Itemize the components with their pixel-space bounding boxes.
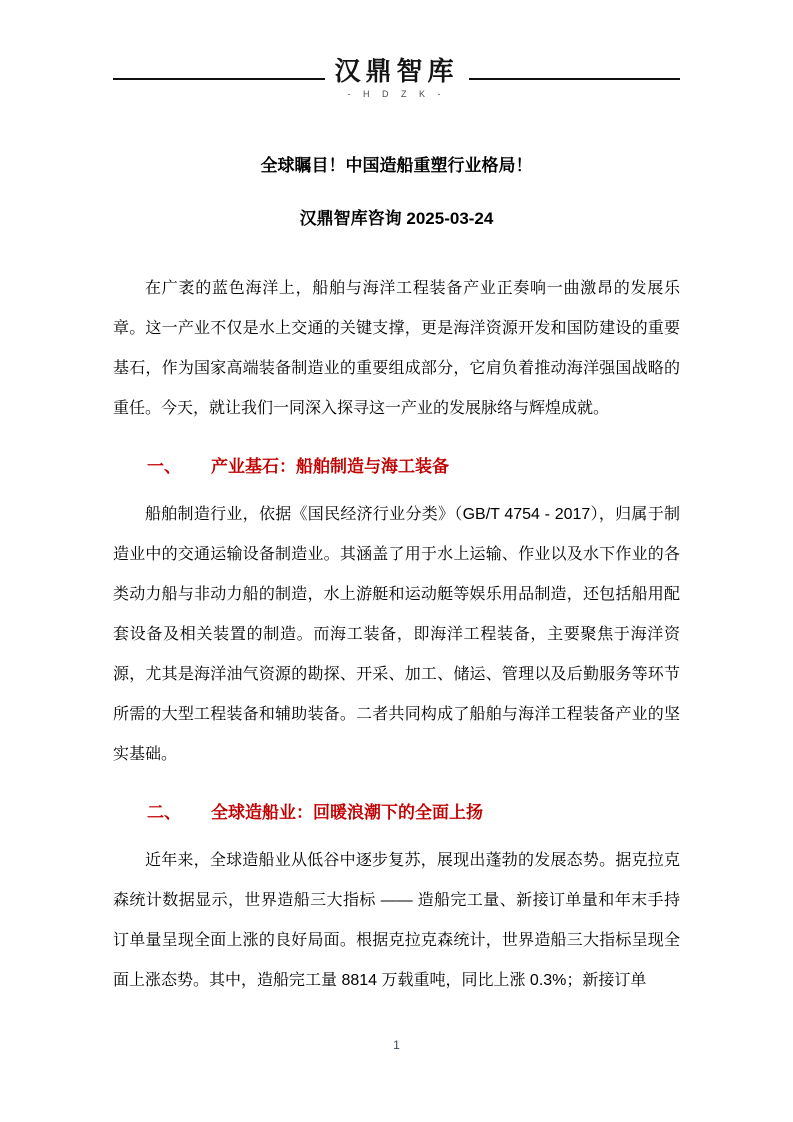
document-byline: 汉鼎智库咨询 2025-03-24 <box>113 204 680 229</box>
section-heading-1-number: 一、 <box>147 457 181 476</box>
section-heading-2-number: 二、 <box>147 803 181 822</box>
document-body: 在广袤的蓝色海洋上，船舶与海洋工程装备产业正奏响一曲激昂的发展乐章。这一产业不仅… <box>113 269 680 1001</box>
page-number: 1 <box>0 1038 793 1052</box>
header-rule-right <box>469 78 681 80</box>
brand-logo-subtext: - H D Z K - <box>335 90 459 99</box>
intro-paragraph: 在广袤的蓝色海洋上，船舶与海洋工程装备产业正奏响一曲激昂的发展乐章。这一产业不仅… <box>113 269 680 429</box>
section-heading-1-title: 产业基石：船舶制造与海工装备 <box>211 457 449 476</box>
brand-logo-text: 汉鼎智库 <box>335 58 459 84</box>
section-heading-2-title: 全球造船业：回暖浪潮下的全面上扬 <box>211 803 483 822</box>
section-heading-2: 二、全球造船业：回暖浪潮下的全面上扬 <box>113 793 680 833</box>
section-1-paragraph: 船舶制造行业，依据《国民经济行业分类》（GB/T 4754 - 2017），归属… <box>113 495 680 775</box>
brand-logo: 汉鼎智库 - H D Z K - <box>325 58 469 99</box>
document-title: 全球瞩目！中国造船重塑行业格局！ <box>113 151 680 176</box>
header-rule-left <box>113 78 325 80</box>
document-page: 汉鼎智库 - H D Z K - 全球瞩目！中国造船重塑行业格局！ 汉鼎智库咨询… <box>0 0 793 1122</box>
section-2-paragraph: 近年来，全球造船业从低谷中逐步复苏，展现出蓬勃的发展态势。据克拉克森统计数据显示… <box>113 841 680 1001</box>
section-heading-1: 一、产业基石：船舶制造与海工装备 <box>113 447 680 487</box>
document-header: 汉鼎智库 - H D Z K - <box>113 58 680 99</box>
